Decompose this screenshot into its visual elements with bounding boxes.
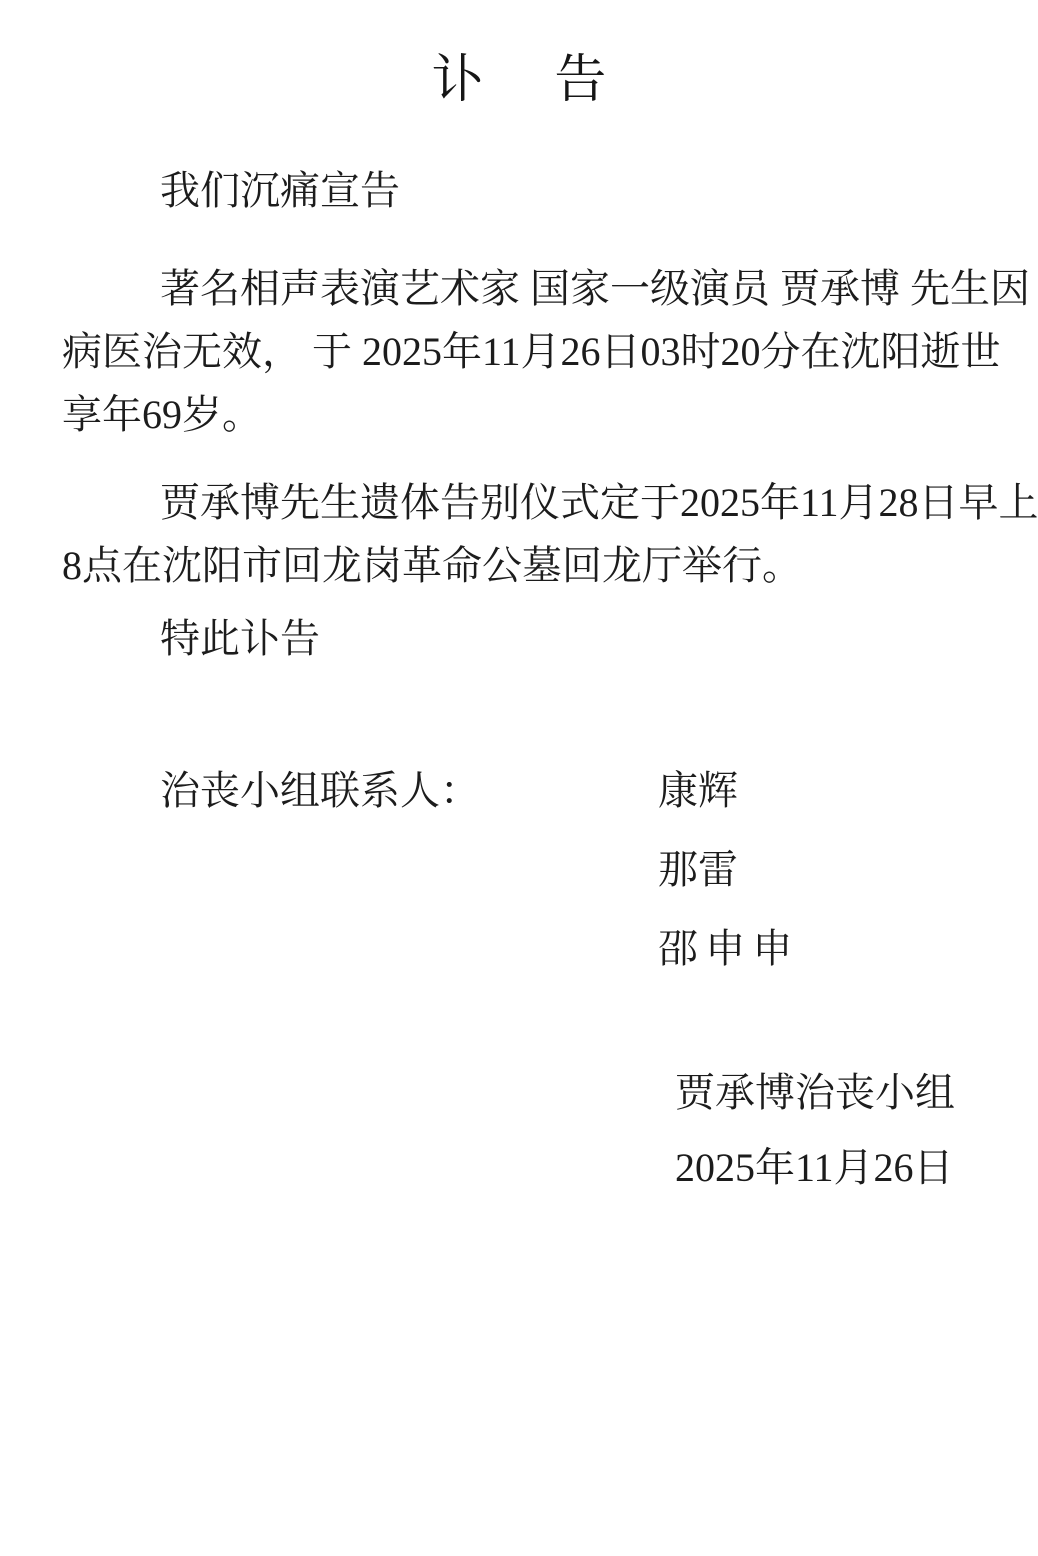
obituary-document: 讣 告 我们沉痛宣告 著名相声表演艺术家 国家一级演员 贾承博 先生因 病医治无… — [0, 0, 1038, 1556]
signature-date: 2025年11月26日 — [675, 1136, 976, 1199]
contact-person-name: 邵申申 — [658, 917, 800, 980]
paragraph-farewell-ceremony: 贾承博先生遗体告别仪式定于2025年11月28日早上 8点在沈阳市回龙岗革命公墓… — [62, 471, 976, 597]
closing-statement: 特此讣告 — [62, 607, 976, 670]
intro-statement: 我们沉痛宣告 — [62, 159, 976, 222]
contact-section: 治丧小组联系人： 康辉 那雷 邵申申 — [62, 759, 976, 980]
farewell-line-2: 8点在沈阳市回龙岗革命公墓回龙厅举行。 — [62, 534, 976, 597]
paragraph-death-notice: 著名相声表演艺术家 国家一级演员 贾承博 先生因 病医治无效， 于 2025年1… — [62, 257, 976, 446]
contact-row: 邵申申 — [62, 917, 976, 980]
contact-group-label: 治丧小组联系人： — [160, 759, 480, 822]
contact-row: 治丧小组联系人： 康辉 — [62, 759, 976, 822]
contact-row: 那雷 — [62, 838, 976, 901]
death-notice-line-1: 著名相声表演艺术家 国家一级演员 贾承博 先生因 — [62, 257, 976, 320]
farewell-line-1: 贾承博先生遗体告别仪式定于2025年11月28日早上 — [62, 471, 976, 534]
signature-group-name: 贾承博治丧小组 — [675, 1061, 976, 1124]
death-notice-line-2: 病医治无效， 于 2025年11月26日03时20分在沈阳逝世 — [62, 320, 976, 383]
contact-person-name: 那雷 — [658, 838, 738, 901]
document-title: 讣 告 — [62, 0, 976, 110]
signature-block: 贾承博治丧小组 2025年11月26日 — [62, 1061, 976, 1199]
contact-person-name: 康辉 — [658, 759, 738, 822]
death-notice-line-3: 享年69岁。 — [62, 383, 976, 446]
